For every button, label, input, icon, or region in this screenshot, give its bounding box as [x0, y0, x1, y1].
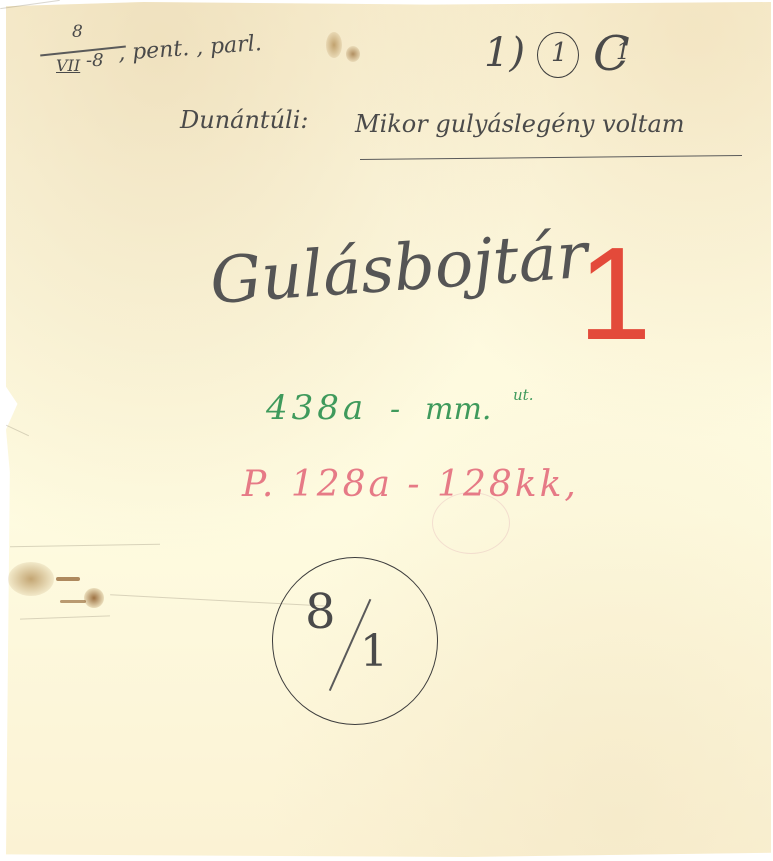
stain	[326, 32, 342, 58]
mark-c-digit: 1	[616, 40, 630, 65]
circled-number-top: 8	[305, 584, 336, 640]
date-denominator: VII	[56, 56, 80, 75]
green-reference-number: 438a	[266, 388, 367, 428]
document-scan: 8 VII -8 , pent. , parl. 1) 1 C 1 Dunánt…	[0, 0, 773, 861]
circled-number-bottom: 1	[360, 626, 388, 677]
circled-number-ring	[272, 557, 438, 725]
red-numeral: 1	[578, 218, 651, 369]
stain	[60, 600, 86, 603]
subtitle-label: Dunántúli:	[180, 106, 308, 134]
stain	[346, 46, 360, 62]
green-reference-separator: -	[390, 392, 400, 427]
subtitle-title: Mikor gulyáslegény voltam	[355, 110, 685, 138]
stain	[84, 588, 104, 608]
circled-one-digit: 1	[551, 38, 568, 68]
green-reference-superscript: ut.	[513, 386, 533, 404]
green-reference-text: mm.	[425, 392, 491, 427]
pink-reference: P. 128a - 128kk,	[242, 464, 579, 505]
mark-one-paren: 1)	[484, 30, 525, 76]
date-suffix: -8	[86, 50, 104, 71]
date-numerator: 8	[72, 22, 83, 42]
stain	[56, 577, 80, 581]
stain	[8, 562, 54, 596]
